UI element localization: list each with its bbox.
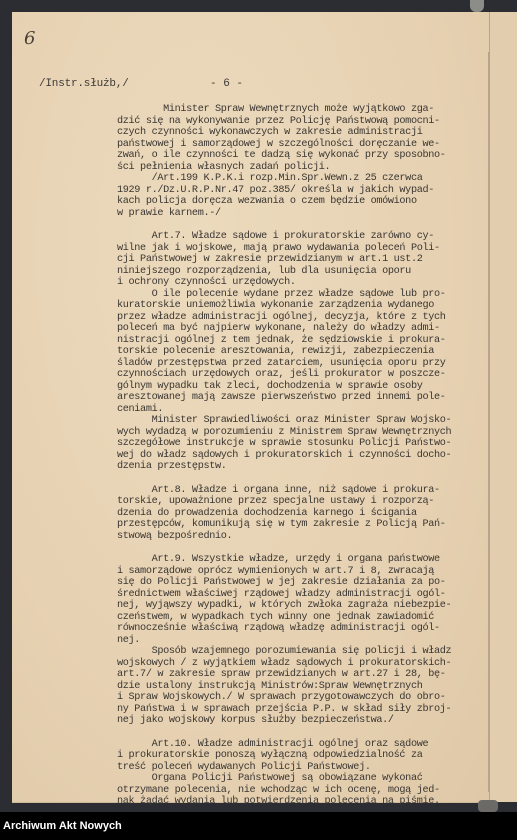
paragraph-art-10: Art.10. Władze administracji ogólnej ora… [117,739,497,808]
text-line: śladów przestępstwa przed zatarciem, usu… [117,358,497,370]
text-line: dzie ustalony instrukcją Ministrów:Spraw… [117,681,497,693]
document-reference-header: /Instr.służb,/ [39,78,129,90]
text-line: czeństwem, w wypadkach tych winny one je… [117,612,497,624]
text-line: wych wydadzą w porozumieniu z Ministrem … [117,427,497,439]
text-line: i prokuratorskie ponoszą wyłączną odpowi… [117,750,497,762]
paragraph-gap [117,219,497,231]
text-line: ceniami. [117,404,497,416]
text-line: Art.7. Władze sądowe i prokuratorskie za… [117,231,497,243]
text-line: ści pełnienia własnych zadań policji. [117,162,497,174]
text-line: w prawie karnem.-/ [117,208,497,220]
text-line: Art.10. Władze administracji ogólnej ora… [117,739,497,751]
text-line: przez władze administracji ogólnej, decy… [117,312,497,324]
text-line: kuratorskie uniemożliwia wykonanie zarzą… [117,300,497,312]
text-line: aresztowanej mają zawsze pierwszeństwo p… [117,392,497,404]
text-line: średnictwem właściwej rządowej władzy ad… [117,589,497,601]
text-line: gólnym wypadku tak zleci, dochodzenia w … [117,381,497,393]
handwritten-page-number: 6 [24,28,35,49]
paragraph-art-8: Art.8. Władze i organa inne, niż sądowe … [117,485,497,543]
text-line: dzenia do prowadzenia dochodzenia karneg… [117,508,497,520]
text-line: treść poleceń wydawanych Policji Państwo… [117,762,497,774]
text-line: się do Policji Państwowej w jej zakresie… [117,577,497,589]
binder-clip-top [470,0,484,12]
archive-label: Archiwum Akt Nowych [3,820,122,832]
text-line: art.7/ w zakresie spraw przewidzianych w… [117,669,497,681]
page-number-header: - 6 - [210,78,243,90]
text-line: /Art.199 K.P.K.i rozp.Min.Spr.Wewn.z 25 … [117,173,497,185]
text-line: czynnościach urzędowych oraz, jeśli prok… [117,369,497,381]
text-line: zwań, o ile czynności te dadzą się wykon… [117,150,497,162]
text-line: wej do władz sądowych i prokuratorskich … [117,450,497,462]
text-line: Art.9. Wszystkie władze, urzędy i organa… [117,554,497,566]
text-line: ny Państwa i w sprawach przejścia P.P. w… [117,704,497,716]
paragraph-gap [117,727,497,739]
text-line: 1929 r./Dz.U.R.P.Nr.47 poz.385/ określa … [117,185,497,197]
paragraph-art-9: Art.9. Wszystkie władze, urzędy i organa… [117,554,497,727]
text-line: i ochrony czynności urzędowych. [117,277,497,289]
text-line: nej, wyjąwszy wypadki, w których zwłoka … [117,600,497,612]
text-line: poleceń ma być najpierw wykonane, należy… [117,323,497,335]
text-line: państwowej i samorządowej w szczególnośc… [117,139,497,151]
text-line: nistracji ogólnej z tem jednak, że sędzi… [117,335,497,347]
text-line: kach policja doręcza wezwania o czem będ… [117,196,497,208]
paragraph-gap [117,473,497,485]
text-line: nak żądać wydania lub potwierdzenia pole… [117,796,497,808]
text-line: stwową bezpośrednio. [117,531,497,543]
document-body: Minister Spraw Wewnętrznych może wyjątko… [117,104,497,808]
text-line: czych czynności wykonawczych w zakresie … [117,127,497,139]
text-line: i samorządowe oprócz wymienionych w art.… [117,566,497,578]
text-line: torskie, upoważnione przez specjalne ust… [117,496,497,508]
text-line: szczegółowe instrukcje w sprawie stosunk… [117,438,497,450]
text-line: nej jako wojskowy korpus służby bezpiecz… [117,715,497,727]
text-line: dzenia przestępstw. [117,461,497,473]
text-line: i Spraw Wojskowych./ W sprawach przygoto… [117,692,497,704]
text-line: wilne jak i wojskowe, mają prawo wydawan… [117,243,497,255]
paragraph-intro: Minister Spraw Wewnętrznych może wyjątko… [117,104,497,219]
text-line: nej. [117,635,497,647]
text-line: Organa Policji Państwowej są obowiązane … [117,773,497,785]
text-line: równocześnie właściwą rządową władzę adm… [117,623,497,635]
text-line: torskie polecenie aresztowania, rewizji,… [117,346,497,358]
text-line: O ile polecenie wydane przez władze sądo… [117,289,497,301]
text-line: Minister Sprawiedliwości oraz Minister S… [117,415,497,427]
text-line: dzić się na wykonywanie przez Policję Pa… [117,116,497,128]
text-line: wojskowych / z wyjątkiem władz sądowych … [117,658,497,670]
paragraph-art-7: Art.7. Władze sądowe i prokuratorskie za… [117,231,497,473]
text-line: Sposób wzajemnego porozumiewania się pol… [117,646,497,658]
text-line: przestępców, komunikują się w tym zakres… [117,519,497,531]
text-line: Minister Spraw Wewnętrznych może wyjątko… [117,104,497,116]
text-line: Art.8. Władze i organa inne, niż sądowe … [117,485,497,497]
text-line: niniejszego rozporządzenia, lub dla usun… [117,266,497,278]
text-line: otrzymane polecenia, nie wchodząc w ich … [117,785,497,797]
paragraph-gap [117,542,497,554]
text-line: cji Państwowej w zakresie przewidzianym … [117,254,497,266]
